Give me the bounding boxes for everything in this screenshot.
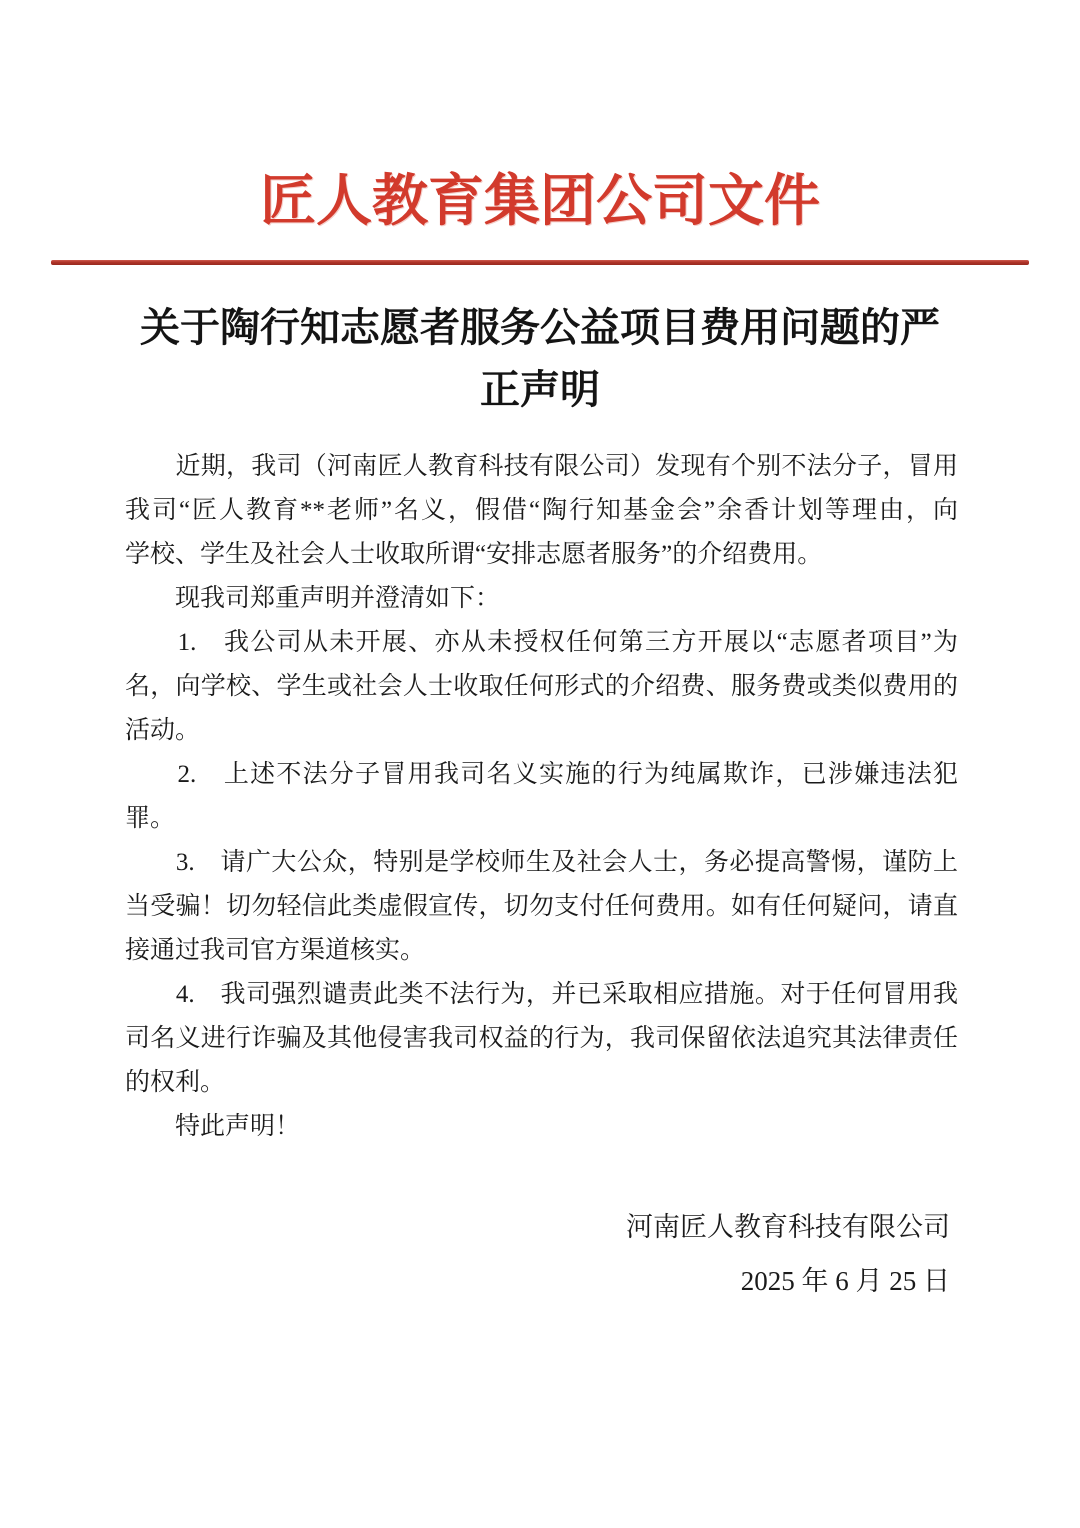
body-line: 司名义进行诈骗及其他侵害我司权益的行为，我司保留依法追究其法律责任 xyxy=(125,1017,958,1061)
body-line: 4. 我司强烈谴责此类不法行为，并已采取相应措施。对于任何冒用我 xyxy=(125,973,958,1017)
body-line: 3. 请广大公众，特别是学校师生及社会人士，务必提高警惕，谨防上 xyxy=(125,841,958,885)
signature-block: 河南匠人教育科技有限公司 2025 年 6 月 25 日 xyxy=(0,1209,1080,1299)
body-line: 接通过我司官方渠道核实。 xyxy=(125,929,958,973)
document-title-line-2: 正声明 xyxy=(0,359,1080,421)
document-title-line-1: 关于陶行知志愿者服务公益项目费用问题的严 xyxy=(0,297,1080,359)
body-line: 罪。 xyxy=(125,797,958,841)
body-line: 的权利。 xyxy=(125,1061,958,1105)
red-divider-line xyxy=(51,260,1029,265)
signature-company: 河南匠人教育科技有限公司 xyxy=(0,1209,950,1245)
body-line: 特此声明！ xyxy=(125,1105,958,1149)
body-line: 名，向学校、学生或社会人士收取任何形式的介绍费、服务费或类似费用的 xyxy=(125,665,958,709)
body-line: 2. 上述不法分子冒用我司名义实施的行为纯属欺诈，已涉嫌违法犯 xyxy=(125,753,958,797)
body-line: 活动。 xyxy=(125,709,958,753)
document-title: 关于陶行知志愿者服务公益项目费用问题的严 正声明 xyxy=(0,297,1080,421)
company-file-header: 匠人教育集团公司文件 xyxy=(0,168,1080,234)
document-page: 匠人教育集团公司文件 关于陶行知志愿者服务公益项目费用问题的严 正声明 近期，我… xyxy=(0,0,1080,1528)
body-line: 现我司郑重声明并澄清如下： xyxy=(125,577,958,621)
body-line: 当受骗！切勿轻信此类虚假宣传，切勿支付任何费用。如有任何疑问，请直 xyxy=(125,885,958,929)
signature-date: 2025 年 6 月 25 日 xyxy=(0,1263,950,1299)
body-line: 学校、学生及社会人士收取所谓“安排志愿者服务”的介绍费用。 xyxy=(125,533,958,577)
body-line: 我司“匠人教育**老师”名义，假借“陶行知基金会”余香计划等理由，向 xyxy=(125,489,958,533)
document-body: 近期，我司（河南匠人教育科技有限公司）发现有个别不法分子，冒用 我司“匠人教育*… xyxy=(0,445,1080,1149)
body-line: 近期，我司（河南匠人教育科技有限公司）发现有个别不法分子，冒用 xyxy=(125,445,958,489)
body-line: 1. 我公司从未开展、亦从未授权任何第三方开展以“志愿者项目”为 xyxy=(125,621,958,665)
